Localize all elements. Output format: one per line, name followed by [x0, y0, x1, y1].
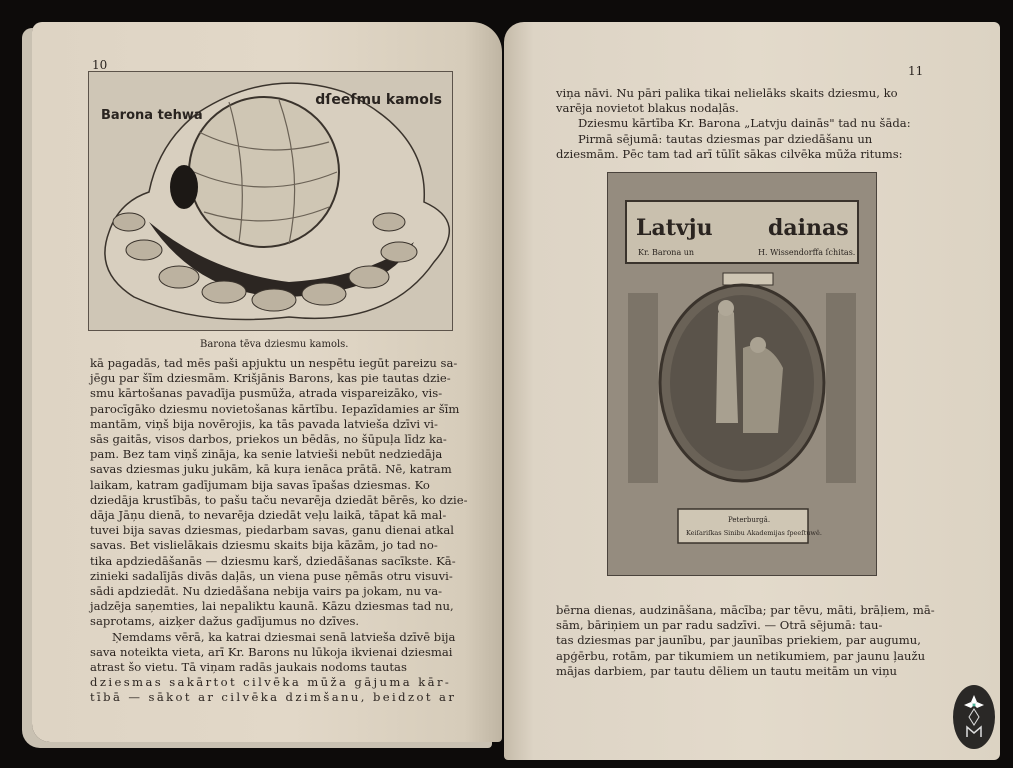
text-line: sās gaitās, visos darbos, priekos un bēd…	[90, 432, 467, 447]
right-page-top-text: viņa nāvi. Nu pāri palika tikai nelielāk…	[556, 86, 911, 162]
text-line: tas dziesmas par jaunību, par jaunības p…	[556, 633, 935, 648]
text-line: Pirmā sējumā: tautas dziesmas par dziedā…	[556, 132, 911, 147]
ornate-frame-icon: Latvju dainas Kr. Barona un H. Wissendor…	[608, 173, 876, 575]
text-line: kā pagadās, tad mēs paši apjuktu un nesp…	[90, 356, 467, 371]
latvju-dainas-title-page-illustration: Latvju dainas Kr. Barona un H. Wissendor…	[607, 172, 877, 576]
left-page-body: kā pagadās, tad mēs paši apjuktu un nesp…	[90, 356, 467, 706]
text-line: apģērbu, rotām, par tikumiem un netikumi…	[556, 649, 935, 664]
text-line: dziedāja krustībās, to pašu taču nevarēj…	[90, 493, 467, 508]
text-line: parocīgāko dziesmu novietošanas kārtību.…	[90, 402, 467, 417]
text-line: laikam, katram gadījumam bija savas īpaš…	[90, 478, 467, 493]
svg-text:Keiſariſkas Sinibu Akademijas: Keiſariſkas Sinibu Akademijas ſpeeſtuwê.	[686, 529, 822, 537]
text-line: sava noteikta vieta, arī Kr. Barons nu l…	[90, 645, 467, 660]
text-line: bērna dienas, audzināšana, mācība; par t…	[556, 603, 935, 618]
text-line: Dziesmu kārtība Kr. Barona „Latvju dainā…	[556, 116, 911, 131]
text-line: savas. Bet vislielākais dziesmu skaits b…	[90, 538, 467, 553]
svg-text:dainas: dainas	[768, 215, 849, 241]
figure-label-right: dſeeſmu kamols	[315, 92, 442, 108]
right-page-bottom-text: bērna dienas, audzināšana, mācība; par t…	[556, 603, 935, 679]
text-line: tika apdziedāšanās — dziesmu karš, dzied…	[90, 554, 467, 569]
text-line: saprotams, aizķer dažus gadījumus no dzī…	[90, 614, 467, 629]
svg-text:H. Wissendorffa ſchitas.: H. Wissendorffa ſchitas.	[758, 248, 855, 257]
text-line: Ņemdams vērā, ka katrai dziesmai senā la…	[90, 630, 467, 645]
page-number-left: 10	[92, 58, 107, 72]
text-line: sādi apdziedāt. Nu dziedāšana nebija vai…	[90, 584, 467, 599]
figure-label-left: Barona tehwa	[101, 108, 203, 123]
text-line: dziesmas sakārtot cilvēka mūža gājuma kā…	[90, 675, 467, 690]
text-line: savas dziesmas juku jukām, kā kuŗa ienāc…	[90, 462, 467, 477]
ornamental-logo-icon	[953, 685, 995, 749]
text-line: jadzēja saņemties, lai nepaliktu kaunā. …	[90, 599, 467, 614]
svg-text:Kr. Barona un: Kr. Barona un	[638, 248, 694, 257]
text-line: sām, bāriņiem un par radu sadzīvi. — Otr…	[556, 618, 935, 633]
text-line: pam. Bez tam viņš zināja, ka senie latvi…	[90, 447, 467, 462]
text-line: viņa nāvi. Nu pāri palika tikai nelielāk…	[556, 86, 911, 101]
watermark-logo	[953, 685, 995, 749]
title-text: Latvju	[636, 215, 713, 241]
text-line: smu kārtošanas pavadīja pusmūža, atrada …	[90, 386, 467, 401]
text-line: atrast šo vietu. Tā viņam radās jaukais …	[90, 660, 467, 675]
text-line: mājas darbiem, par tautu dēliem un tautu…	[556, 664, 935, 679]
text-line: dziesmām. Pēc tam tad arī tūlīt sākas ci…	[556, 147, 911, 162]
text-line: jēgu par šīm dziesmām. Krišjānis Barons,…	[90, 371, 467, 386]
page-number-right: 11	[908, 64, 923, 78]
svg-text:Peterburgâ.: Peterburgâ.	[728, 516, 770, 524]
text-line: tuvei bija savas dziesmas, piedarbam sav…	[90, 523, 467, 538]
text-line: mantām, viņš bija novērojis, ka tās pava…	[90, 417, 467, 432]
text-line: dāja Jāņu dienā, to nevarēja dziedāt veļ…	[90, 508, 467, 523]
yarn-ball-illustration: Barona tehwa dſeeſmu kamols	[88, 71, 453, 331]
figure-caption: Barona tēva dziesmu kamols.	[200, 339, 348, 350]
text-line: zinieki sadalījās divās daļās, un viena …	[90, 569, 467, 584]
text-line: varēja novietot blakus nodaļās.	[556, 101, 911, 116]
text-line: tībā — sākot ar cilvēka dzimšanu, beidzo…	[90, 690, 467, 705]
